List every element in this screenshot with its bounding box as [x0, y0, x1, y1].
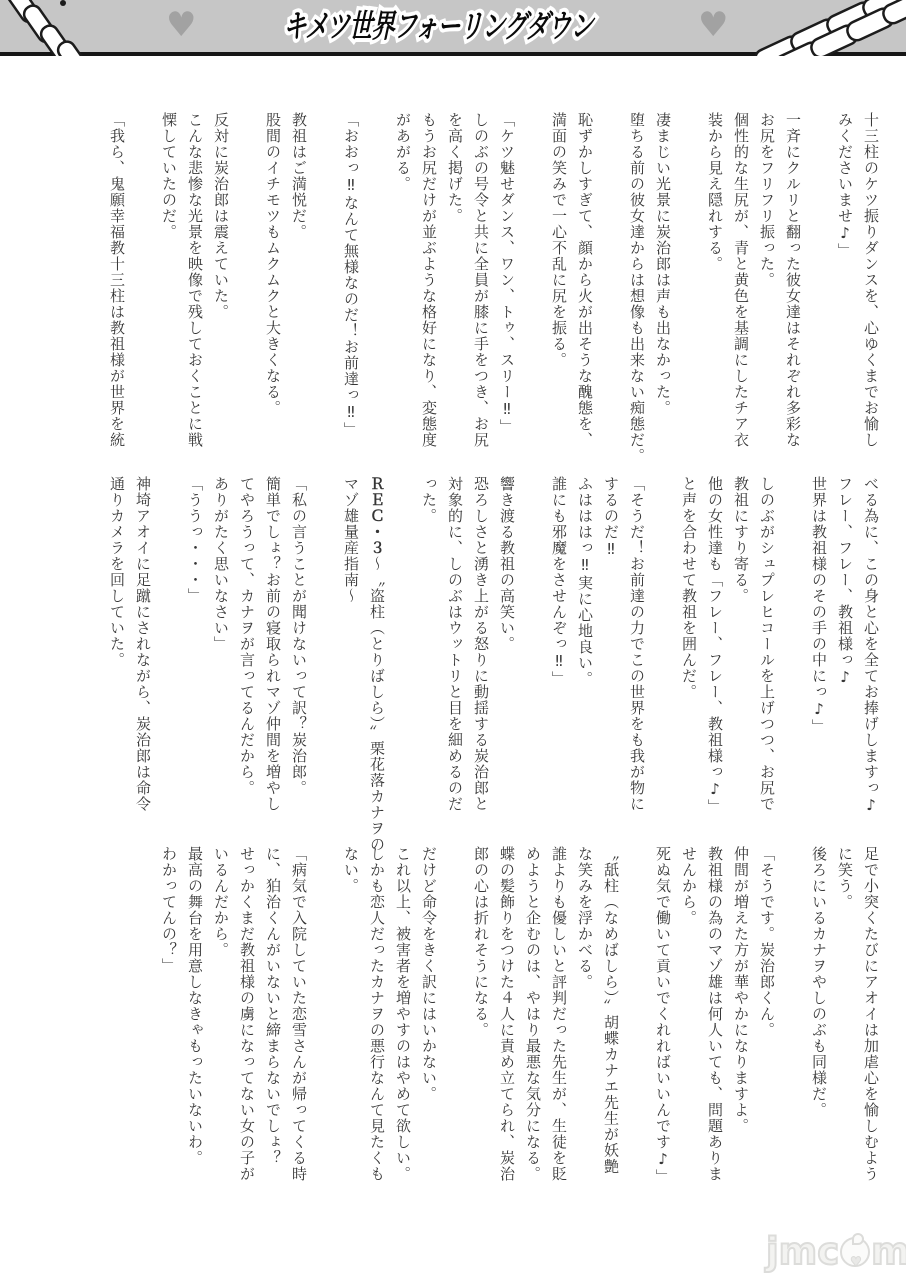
text-column: 対象的に、しのぶはウットリと目を細めるのだ: [442, 476, 468, 836]
text-band-top: 十三柱のケツ振りダンスを、心ゆくまでお愉しみくださいませ♪」 一斉にクルリと翻っ…: [100, 112, 884, 472]
text-column: に、狛治くんがいないと締まらないでしょ？: [260, 846, 286, 1206]
text-column: だけど命令をきく訳にはいかない。: [416, 846, 442, 1206]
text-column: ありがたく思いなさい」: [208, 476, 234, 836]
text-column: 最高の舞台を用意しなきゃもったいないわ。: [182, 846, 208, 1206]
text-column: った。: [416, 476, 442, 836]
text-column: 死ぬ気で働いて貢いでくれればいいんです♪」: [650, 846, 676, 1206]
paragraph-gap: [364, 112, 390, 472]
text-column: 堕ちる前の彼女達からは想像も出来ない痴態だ。: [624, 112, 650, 472]
text-column: これ以上、被害者を増やすのはやめて欲しい。: [390, 846, 416, 1206]
text-column: しのぶの号令と共に全員が膝に手をつき、お尻: [468, 112, 494, 472]
text-column: 響き渡る教祖の高笑い。: [494, 476, 520, 836]
text-column: こんな悲惨な光景を映像で残しておくことに戦: [182, 112, 208, 472]
paragraph-gap: [156, 476, 182, 836]
text-column: 「我ら、鬼願幸福教十三柱は教祖様が世界を統: [104, 112, 130, 472]
text-column: しのぶがシュプレヒコールを上げつつ、お尻で: [754, 476, 780, 836]
page-title: キメツ世界フォーリングダウン キメツ世界フォーリングダウン: [282, 9, 598, 43]
text-column: 他の女性達も「フレー、フレー、教祖様っ♪」: [702, 476, 728, 836]
text-column: するのだ‼: [598, 476, 624, 836]
text-column: 個性的な生尻が、青と黄色を基調にしたチア衣: [728, 112, 754, 472]
paragraph-gap: [780, 846, 806, 1206]
watermark-text-right: mic: [871, 1230, 906, 1274]
heart-icon: ♥: [166, 8, 196, 42]
text-band-middle: べる為に、この身と心を全てお捧げしますっ♪フレー、フレー、教祖様っ♪世界は教祖様…: [100, 476, 884, 836]
text-column: 反対に炭治郎は震えていた。: [208, 112, 234, 472]
text-column: いるんだから。: [208, 846, 234, 1206]
text-column: てやろうって、カナヲが言ってるんだから。: [234, 476, 260, 836]
paragraph-gap: [234, 112, 260, 472]
text-column: 蝶の髪飾りをつけた４人に責め立てられ、炭治: [494, 846, 520, 1206]
text-column: 通りカメラを回していた。: [104, 476, 130, 836]
chick-mascot-icon: [840, 1237, 870, 1267]
text-column: ふはははっ‼実に心地良い。: [572, 476, 598, 836]
watermark-text-left: jmc: [766, 1230, 839, 1274]
page-title-text: キメツ世界フォーリングダウン: [281, 7, 598, 45]
text-column: 恐ろしさと湧き上がる怒りに動揺する炭治郎と: [468, 476, 494, 836]
text-column: に笑う。: [832, 846, 858, 1206]
text-column: しかも恋人だったカナヲの悪行なんて見たくも: [364, 846, 390, 1206]
text-column: があがる。: [390, 112, 416, 472]
text-column: 教祖にすり寄る。: [728, 476, 754, 836]
text-column: 十三柱のケツ振りダンスを、心ゆくまでお愉し: [858, 112, 884, 472]
paragraph-gap: [312, 476, 338, 836]
text-column: 後ろにいるカナヲやしのぶも同様だ。: [806, 846, 832, 1206]
paragraph-gap: [130, 112, 156, 472]
text-column: お尻をフリフリ振った。: [754, 112, 780, 472]
text-column: めようと企むのは、やはり最悪な気分になる。: [520, 846, 546, 1206]
text-column: 「私の言うことが聞けないって訳？炭治郎。: [286, 476, 312, 836]
paragraph-gap: [676, 112, 702, 472]
text-column: 「そうです。炭治郎くん。: [754, 846, 780, 1206]
text-column: 装から見え隠れする。: [702, 112, 728, 472]
text-column: マゾ雄量産指南～: [338, 476, 364, 836]
chain-left-icon: [0, 0, 150, 56]
paragraph-gap: [806, 112, 832, 472]
text-column: 凄まじい光景に炭治郎は声も出なかった。: [650, 112, 676, 472]
text-column: な笑みを浮かべる。: [572, 846, 598, 1206]
text-column: ＲＥＣ・３～〝盗柱（とりばしら）〟栗花落カナヲの: [364, 476, 390, 836]
paragraph-gap: [390, 476, 416, 836]
text-column: せんから。: [676, 846, 702, 1206]
text-column: 慄していたのだ。: [156, 112, 182, 472]
header-bar: ♥ ♥ キメツ世界フォーリングダウン キメツ世界フォーリングダウン: [0, 0, 906, 56]
text-column: 誰よりも優しいと評判だった先生が、生徒を貶: [546, 846, 572, 1206]
text-column: 股間のイチモツもムクムクと大きくなる。: [260, 112, 286, 472]
text-column: もうお尻だけが並ぶような格好になり、変態度: [416, 112, 442, 472]
text-column: 教祖様の為のマゾ雄は何人いても、問題ありま: [702, 846, 728, 1206]
text-column: 郎の心は折れそうになる。: [468, 846, 494, 1206]
paragraph-gap: [312, 846, 338, 1206]
text-column: べる為に、この身と心を全てお捧げしますっ♪: [858, 476, 884, 836]
paragraph-gap: [780, 476, 806, 836]
paragraph-gap: [624, 846, 650, 1206]
paragraph-gap: [312, 112, 338, 472]
text-column: 〝舐柱（なめばしら）〟胡蝶カナエ先生が妖艶: [598, 846, 624, 1206]
text-column: 誰にも邪魔をさせんぞっ‼」: [546, 476, 572, 836]
text-column: を高く掲げた。: [442, 112, 468, 472]
text-column: 神埼アオイに足蹴にされながら、炭治郎は命令: [130, 476, 156, 836]
paragraph-gap: [650, 476, 676, 836]
text-column: と声を合わせて教祖を囲んだ。: [676, 476, 702, 836]
text-column: 満面の笑みで一心不乱に尻を振る。: [546, 112, 572, 472]
paragraph-gap: [520, 476, 546, 836]
text-column: 世界は教祖様のその手の中にっ♪」: [806, 476, 832, 836]
paragraph-gap: [520, 112, 546, 472]
paragraph-gap: [598, 112, 624, 472]
text-column: 教祖はご満悦だ。: [286, 112, 312, 472]
text-column: 「そうだ！お前達の力でこの世界をも我が物に: [624, 476, 650, 836]
paragraph-gap: [442, 846, 468, 1206]
text-column: わかってんの？」: [156, 846, 182, 1206]
text-column: 一斉にクルリと翻った彼女達はそれぞれ多彩な: [780, 112, 806, 472]
text-column: 「ううっ・・・」: [182, 476, 208, 836]
text-column: 「病気で入院していた恋雪さんが帰ってくる時: [286, 846, 312, 1206]
text-column: 「ケツ魅せダンス、ワン、トゥ、スリー‼」: [494, 112, 520, 472]
text-column: フレー、フレー、教祖様っ♪: [832, 476, 858, 836]
text-column: 恥ずかしすぎて、顔から火が出そうな醜態を、: [572, 112, 598, 472]
heart-icon: ♥: [698, 8, 728, 42]
text-band-bottom: 足で小突くたびにアオイは加虐心を愉しむように笑う。後ろにいるカナヲやしのぶも同様…: [100, 846, 884, 1206]
chain-right-icon: [716, 0, 906, 56]
text-column: 仲間が増えた方が華やかになりますよ。: [728, 846, 754, 1206]
text-column: ない。: [338, 846, 364, 1206]
jmcomic-watermark-logo: jmcmic: [766, 1230, 906, 1274]
text-column: 「おおっ‼なんて無様なのだ！お前達っ‼」: [338, 112, 364, 472]
text-column: せっかくまだ教祖様の虜になってない女の子が: [234, 846, 260, 1206]
text-column: 簡単でしょ？お前の寝取られマゾ仲間を増やし: [260, 476, 286, 836]
text-column: 足で小突くたびにアオイは加虐心を愉しむよう: [858, 846, 884, 1206]
text-column: みくださいませ♪」: [832, 112, 858, 472]
